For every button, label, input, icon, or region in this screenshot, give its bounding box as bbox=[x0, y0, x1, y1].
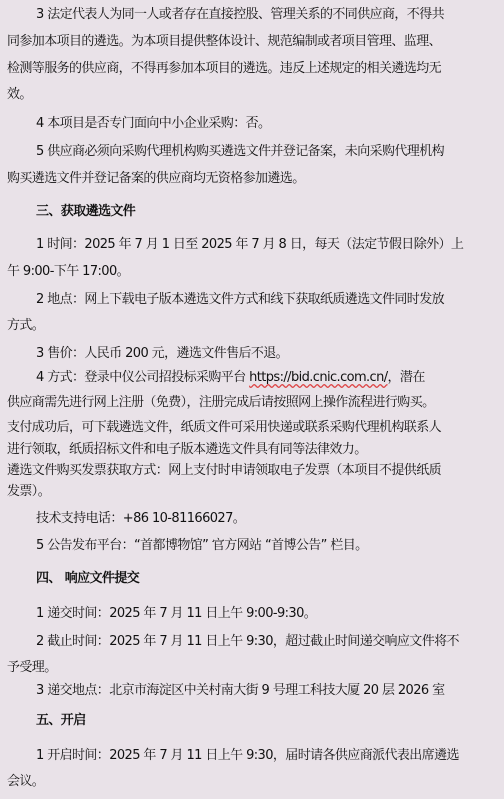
eligibility-item5-line1: 5 供应商必须向采购代理机构购买遴选文件并登记备案，未向采购代理机构 bbox=[36, 143, 444, 161]
obtain-item4-line1: 4 方式：登录中仪公司招投标采购平台 https://bid.cnic.com.… bbox=[36, 369, 425, 387]
eligibility-item3-line3: 检测等服务的供应商，不得再参加本项目的遴选。违反上述规定的相关遴选均无 bbox=[7, 60, 441, 78]
obtain-item4-prefix: 4 方式：登录中仪公司招投标采购平台 bbox=[36, 370, 249, 385]
eligibility-item3-line1: 3 法定代表人为同一人或者存在直接控股、管理关系的不同供应商，不得共 bbox=[36, 6, 444, 24]
obtain-item3-price: 3 售价：人民币 200 元，遴选文件售后不退。 bbox=[36, 345, 288, 363]
obtain-item4-line3: 支付成功后，可下载遴选文件，纸质文件可采用快递或联系采购代理机构联系人 bbox=[7, 419, 441, 437]
obtain-item4-line2: 供应商需先进行网上注册（免费），注册完成后请按照网上操作流程进行购买。 bbox=[7, 394, 435, 412]
section-heading-obtain-docs: 三、获取遴选文件 bbox=[36, 203, 135, 221]
submission-item2-line2: 予受理。 bbox=[7, 659, 57, 677]
submission-item3-location: 3 递交地点：北京市海淀区中关村南大街 9 号理工科技大厦 20 层 2026 … bbox=[36, 682, 445, 700]
obtain-item2-line1: 2 地点：网上下载电子版本遴选文件方式和线下获取纸质遴选文件同时发放 bbox=[36, 291, 444, 309]
submission-item2-line1: 2 截止时间：2025 年 7 月 11 日上午 9:30，超过截止时间递交响应… bbox=[36, 633, 459, 651]
section-heading-opening: 五、开启 bbox=[36, 712, 86, 730]
obtain-item1-line1: 1 时间：2025 年 7 月 1 日至 2025 年 7 月 8 日，每天（法… bbox=[36, 236, 463, 254]
invoice-line2: 发票）。 bbox=[7, 483, 50, 501]
platform-url-link[interactable]: https://bid.cnic.com.cn/ bbox=[249, 370, 387, 385]
invoice-line1: 遴选文件购买发票获取方式：网上支付时申请领取电子发票（本项目不提供纸质 bbox=[7, 462, 441, 480]
obtain-item4-suffix: ，潜在 bbox=[388, 370, 425, 385]
eligibility-item5-line2: 购买遴选文件并登记备案的供应商均无资格参加遴选。 bbox=[7, 170, 305, 188]
obtain-item5-platform: 5 公告发布平台：“首都博物馆” 官方网站 “首博公告” 栏目。 bbox=[36, 537, 368, 555]
eligibility-item3-line4: 效。 bbox=[7, 86, 32, 104]
opening-item1-line1: 1 开启时间：2025 年 7 月 11 日上午 9:30，届时请各供应商派代表… bbox=[36, 747, 459, 765]
eligibility-item3-line2: 同参加本项目的遴选。为本项目提供整体设计、规范编制或者项目管理、监理、 bbox=[7, 33, 441, 51]
section-heading-submission: 四、 响应文件提交 bbox=[36, 570, 139, 588]
submission-item1: 1 递交时间：2025 年 7 月 11 日上午 9:00-9:30。 bbox=[36, 605, 316, 623]
support-phone: 技术支持电话：+86 10-81166027。 bbox=[36, 510, 245, 528]
obtain-item1-line2: 午 9:00-下午 17:00。 bbox=[7, 263, 129, 281]
obtain-item4-line4: 进行领取，纸质招标文件和电子版本遴选文件具有同等法律效力。 bbox=[7, 441, 367, 459]
obtain-item2-line2: 方式。 bbox=[7, 317, 44, 335]
eligibility-item4: 4 本项目是否专门面向中小企业采购：否。 bbox=[36, 115, 270, 133]
opening-item1-line2: 会议。 bbox=[7, 773, 44, 791]
